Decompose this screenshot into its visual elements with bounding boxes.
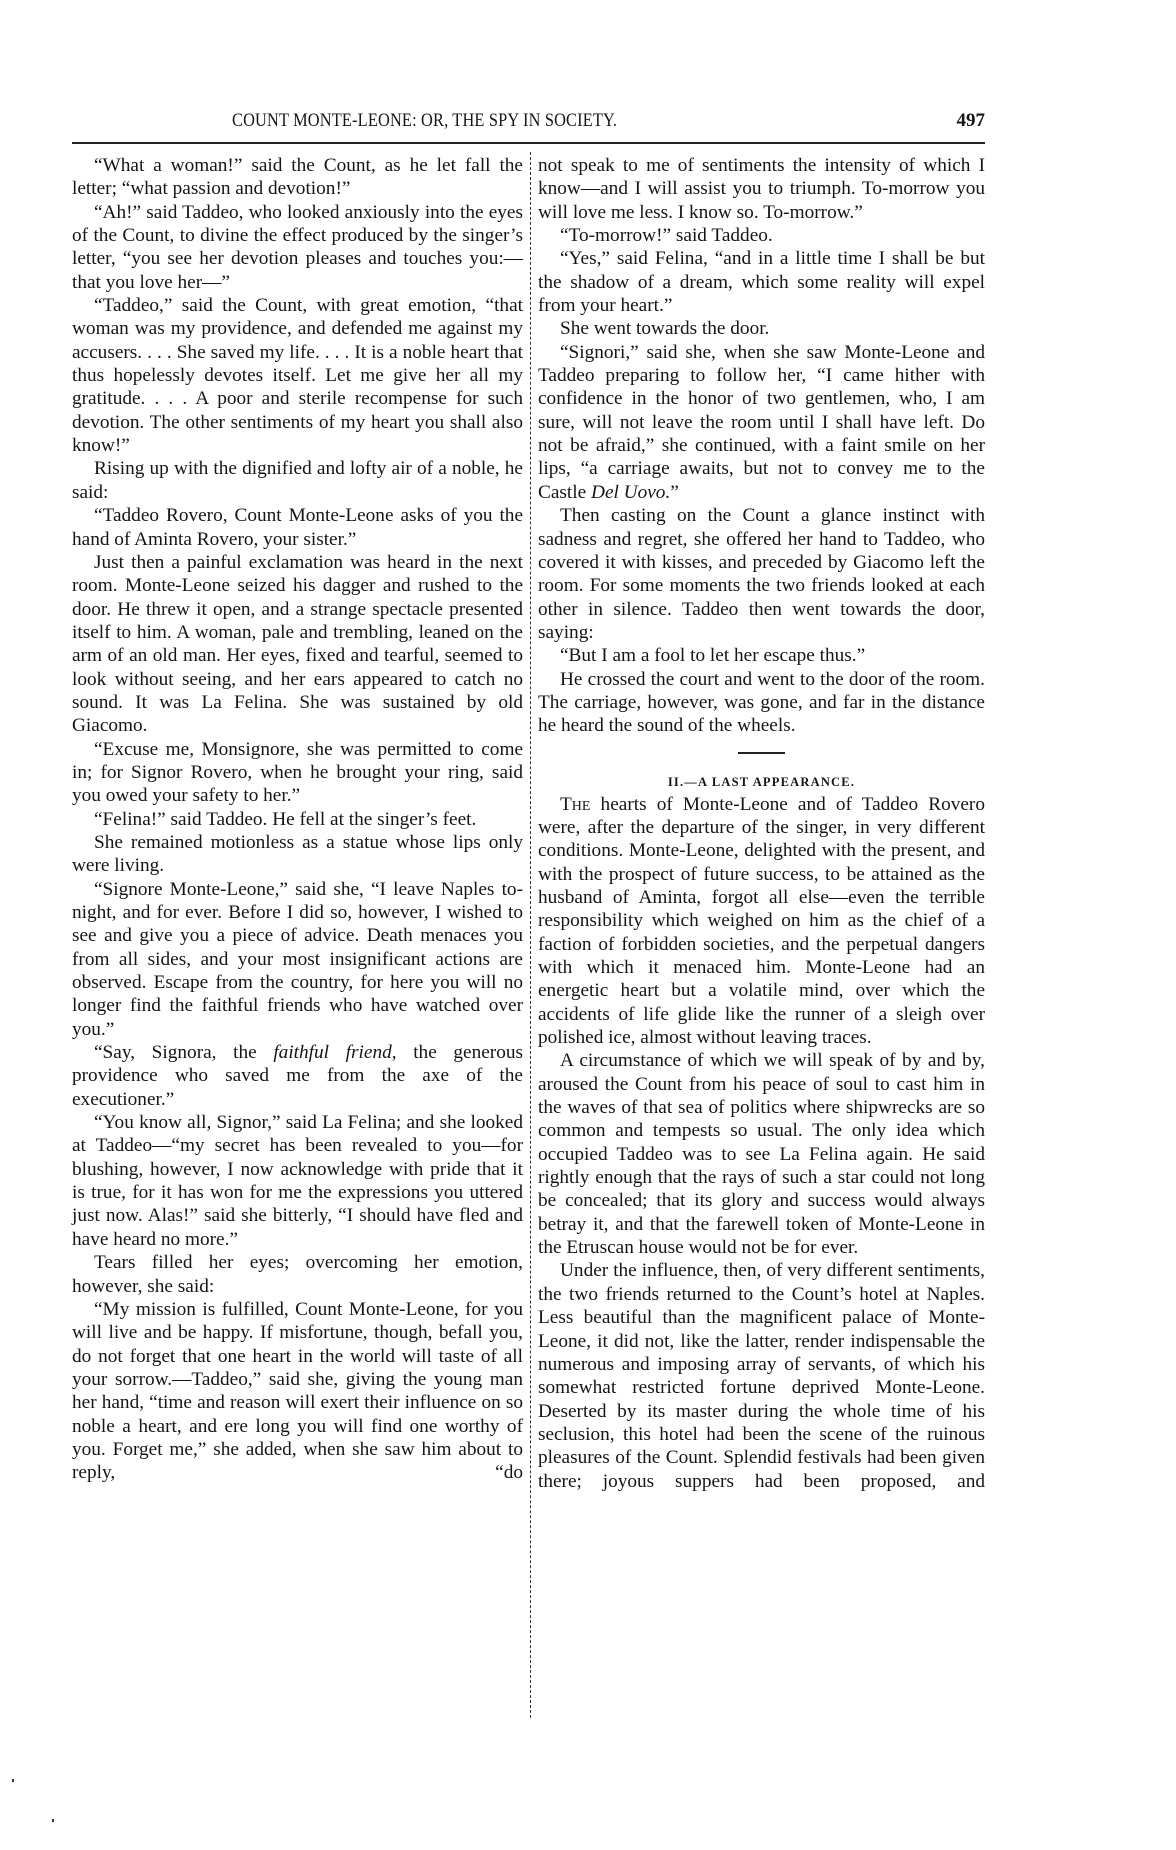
section-heading: II.—A LAST APPEARANCE.	[538, 772, 985, 792]
paragraph: “Taddeo Rovero, Count Monte-Leone asks o…	[72, 504, 523, 551]
paragraph: “Yes,” said Felina, “and in a little tim…	[538, 247, 985, 317]
paragraph-text: “Signori,” said she, when she saw Monte-…	[538, 342, 985, 503]
paragraph: He crossed the court and went to the doo…	[538, 668, 985, 738]
column-divider	[530, 152, 531, 1718]
paragraph: “You know all, Signor,” said La Felina; …	[72, 1111, 523, 1251]
italic-phrase: Del Uovo.	[591, 482, 670, 503]
paragraph: Just then a painful exclamation was hear…	[72, 551, 523, 738]
paragraph: She remained motionless as a statue whos…	[72, 831, 523, 878]
paragraph: The hearts of Monte-Leone and of Taddeo …	[538, 793, 985, 1050]
paragraph: “My mission is fulfilled, Count Monte-Le…	[72, 1298, 523, 1485]
paragraph: Then casting on the Count a glance insti…	[538, 504, 985, 644]
running-title: COUNT MONTE-LEONE: OR, THE SPY IN SOCIET…	[232, 110, 617, 132]
paragraph: Under the influence, then, of very diffe…	[538, 1259, 985, 1492]
header-rule	[72, 142, 985, 144]
paragraph: “Say, Signora, the faithful friend, the …	[72, 1041, 523, 1111]
paragraph: “Excuse me, Monsignore, she was permitte…	[72, 738, 523, 808]
paragraph: Rising up with the dignified and lofty a…	[72, 457, 523, 504]
paragraph: “But I am a fool to let her escape thus.…	[538, 644, 985, 667]
paragraph: She went towards the door.	[538, 317, 985, 340]
paragraph: “Signore Monte-Leone,” said she, “I leav…	[72, 878, 523, 1041]
right-column: not speak to me of sentiments the intens…	[538, 154, 985, 1493]
print-speck	[52, 1819, 54, 1822]
paragraph-text: hearts of Monte-Leone and of Taddeo Rove…	[538, 794, 985, 1048]
left-column: “What a woman!” said the Count, as he le…	[72, 154, 523, 1485]
running-head: COUNT MONTE-LEONE: OR, THE SPY IN SOCIET…	[72, 110, 985, 134]
paragraph: A circumstance of which we will speak of…	[538, 1049, 985, 1259]
print-speck	[12, 1779, 14, 1782]
paragraph: “Felina!” said Taddeo. He fell at the si…	[72, 808, 523, 831]
paragraph-text: ”	[670, 482, 679, 503]
section-divider-rule	[738, 752, 785, 754]
italic-phrase: faithful friend	[273, 1042, 391, 1063]
paragraph: “Taddeo,” said the Count, with great emo…	[72, 294, 523, 457]
paragraph-text: “Say, Signora, the	[94, 1042, 273, 1063]
page-number: 497	[957, 110, 986, 132]
paragraph: “Signori,” said she, when she saw Monte-…	[538, 341, 985, 504]
paragraph: “What a woman!” said the Count, as he le…	[72, 154, 523, 201]
paragraph: Tears filled her eyes; overcoming her em…	[72, 1251, 523, 1298]
smallcaps-lead: The	[560, 794, 590, 815]
paragraph-continued: not speak to me of sentiments the intens…	[538, 154, 985, 224]
paragraph: “Ah!” said Taddeo, who looked anxiously …	[72, 201, 523, 294]
paragraph: “To-morrow!” said Taddeo.	[538, 224, 985, 247]
